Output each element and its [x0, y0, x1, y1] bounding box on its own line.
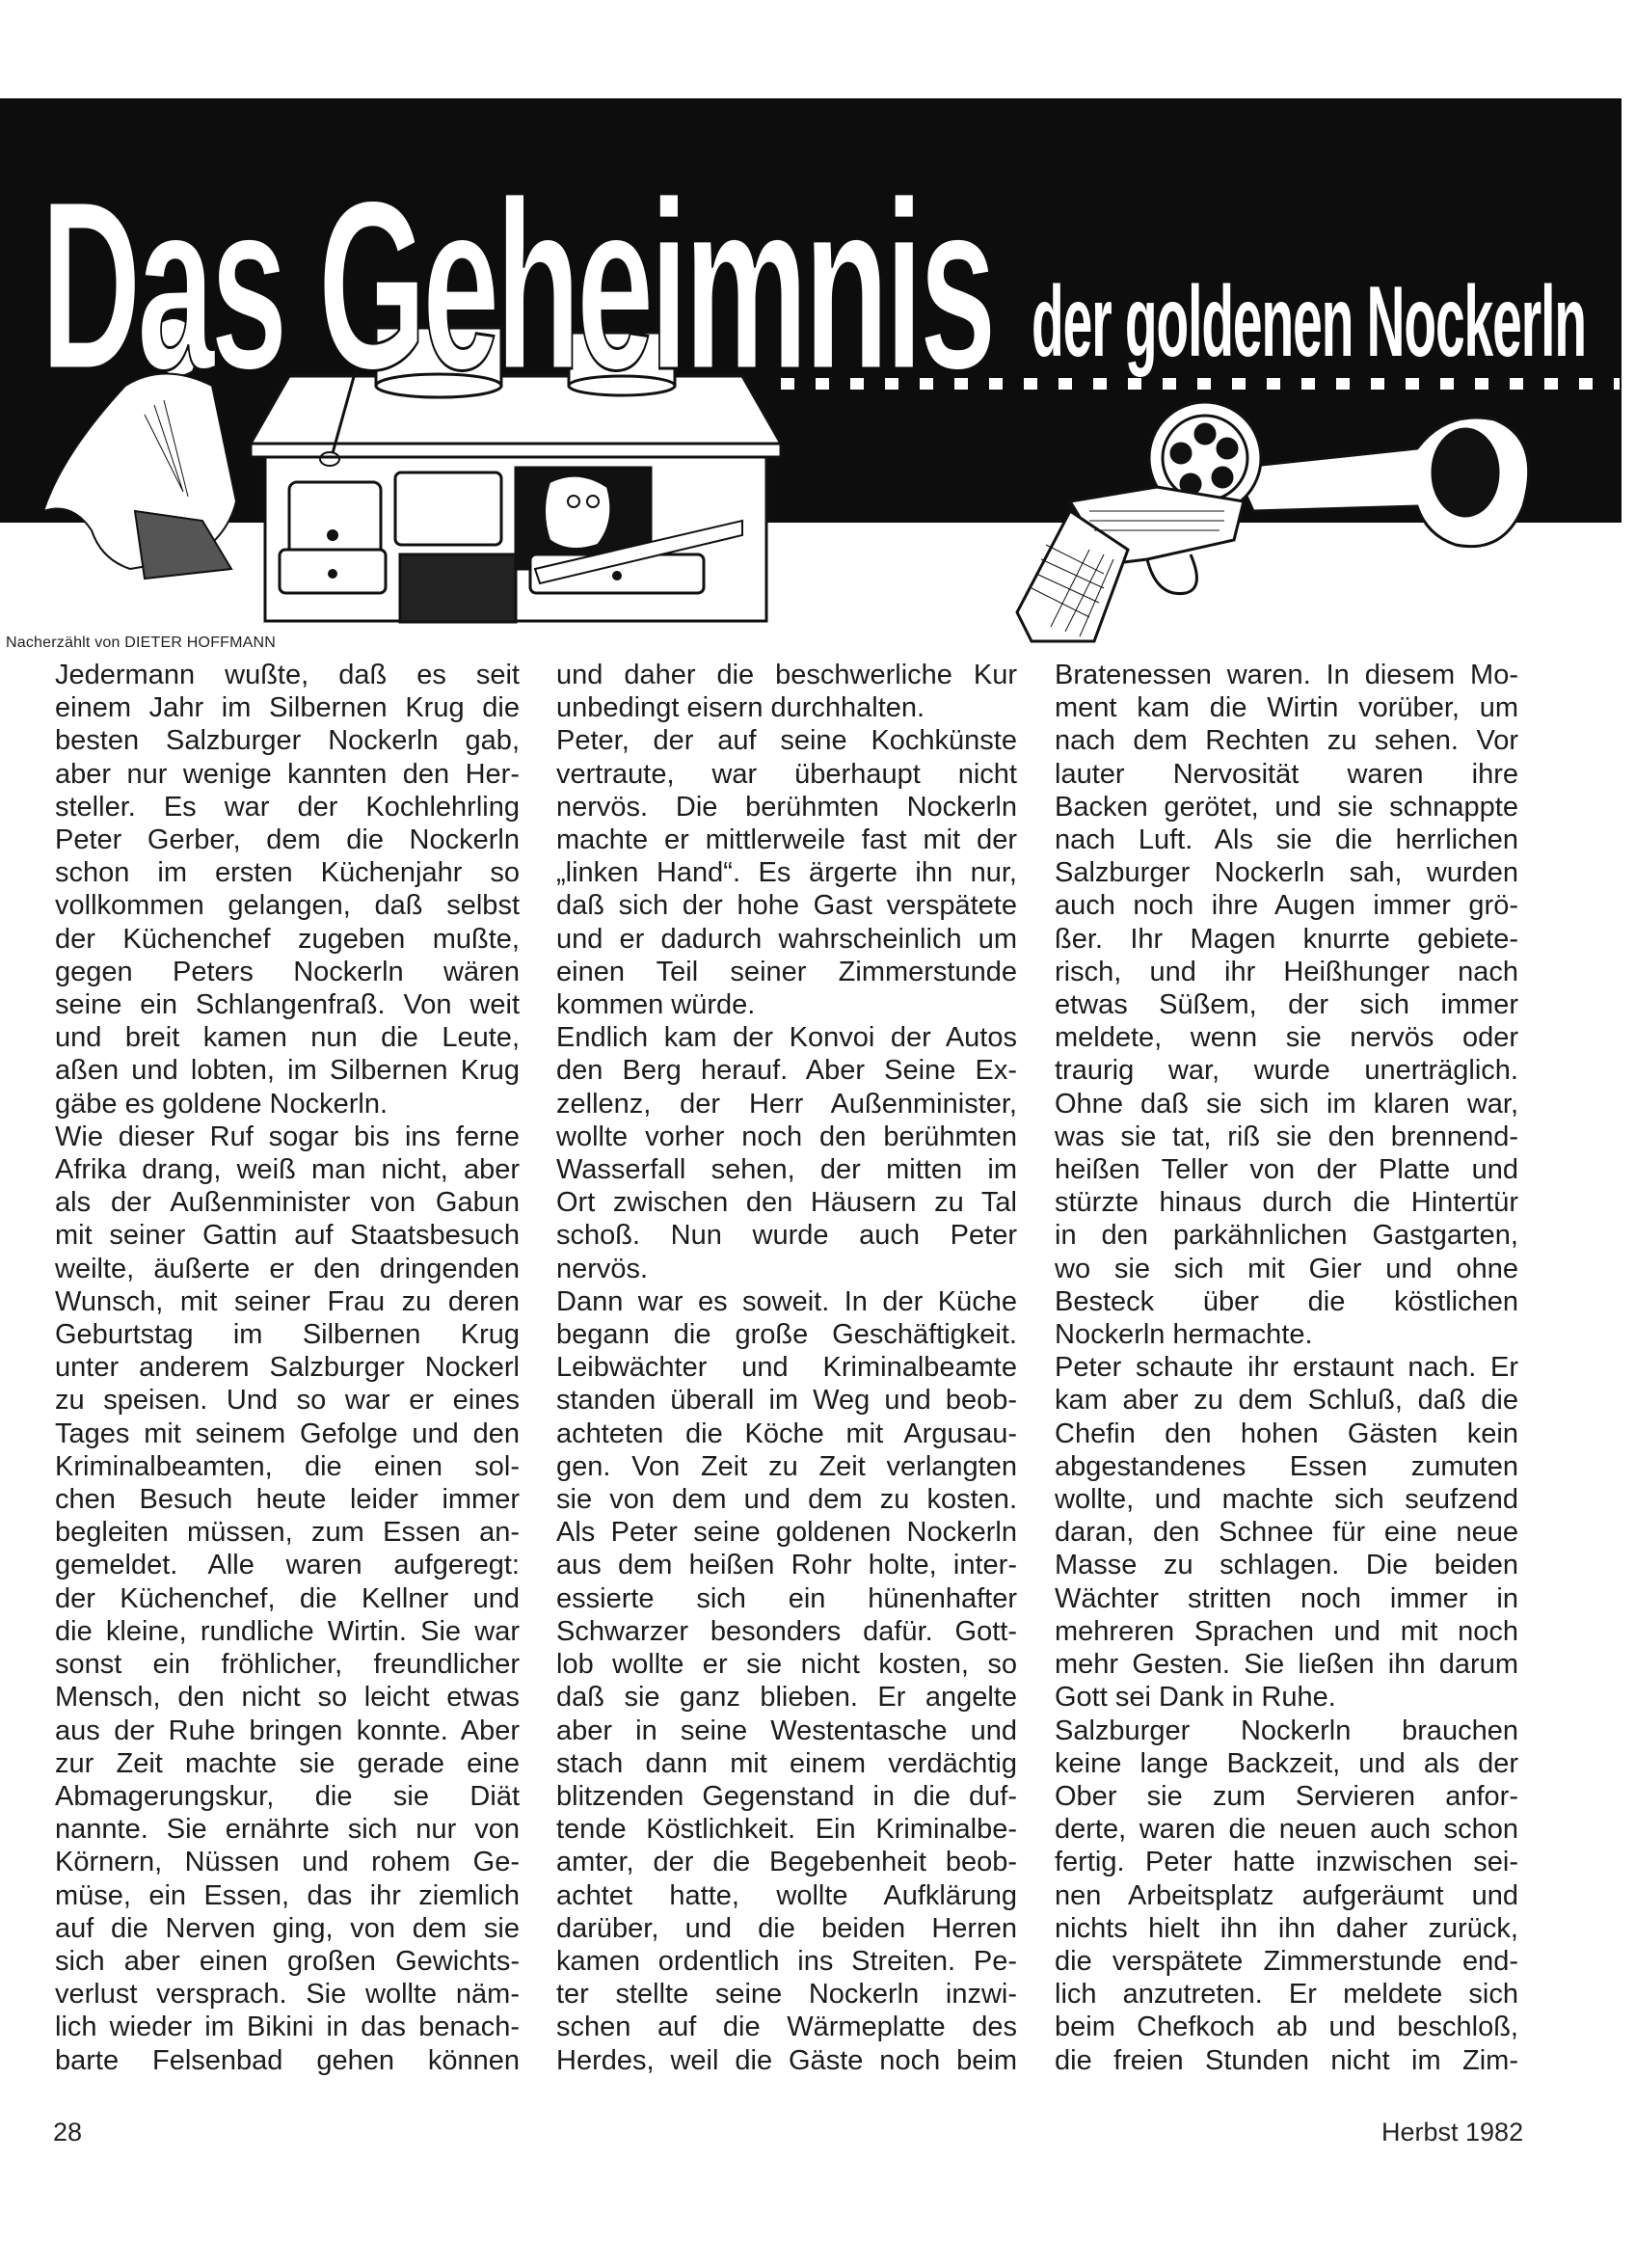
article-column-3: Bratenessen waren. In diesem Mo-ment kam… — [1055, 659, 1518, 2077]
text-line: auf die Nerven ging, von dem sie — [55, 1912, 520, 1945]
text-line: auch noch ihre Augen immer grö- — [1055, 889, 1518, 922]
text-line: standen überall im Weg und beob- — [556, 1384, 1017, 1417]
text-line: stach dann mit einem verdächtig — [556, 1747, 1017, 1780]
text-line: vertraute, war überhaupt nicht — [556, 758, 1017, 791]
text-line: Masse zu schlagen. Die beiden — [1055, 1549, 1518, 1581]
text-line: Backen gerötet, und sie schnappte — [1055, 791, 1518, 823]
text-line: tende Köstlichkeit. Ein Kriminalbe- — [556, 1813, 1017, 1846]
text-line: barte Felsenbad gehen können — [55, 2044, 520, 2077]
article-title: Das Geheimnis — [40, 189, 992, 382]
text-line: schen auf die Wärmeplatte des — [556, 2011, 1017, 2043]
text-line: Gott sei Dank in Ruhe. — [1055, 1681, 1518, 1714]
text-line: ßer. Ihr Magen knurrte gebiete- — [1055, 923, 1518, 956]
text-line: nervös. Die berühmten Nockerln — [556, 791, 1017, 823]
text-line: schoß. Nun wurde auch Peter — [556, 1219, 1017, 1252]
text-line: begann die große Geschäftigkeit. — [556, 1318, 1017, 1351]
text-line: Tages mit seinem Gefolge und den — [55, 1417, 520, 1450]
text-line: lauter Nervosität waren ihre — [1055, 758, 1518, 791]
text-line: seine ein Schlangenfraß. Von weit — [55, 988, 520, 1021]
text-line: beim Chefkoch ab und beschloß, — [1055, 2011, 1518, 2043]
text-line: sie von dem und dem zu kosten. — [556, 1483, 1017, 1516]
text-line: Dann war es soweit. In der Küche — [556, 1285, 1017, 1318]
text-line: nen Arbeitsplatz aufgeräumt und — [1055, 1879, 1518, 1912]
text-line: ment kam die Wirtin vorüber, um — [1055, 691, 1518, 724]
text-line: aus der Ruhe bringen konnte. Aber — [55, 1714, 520, 1747]
text-line: vollkommen gelangen, daß selbst — [55, 889, 520, 922]
text-line: zellenz, der Herr Außenminister, — [556, 1088, 1017, 1120]
text-line: mehreren Sprachen und mit noch — [1055, 1615, 1518, 1648]
text-line: Als Peter seine goldenen Nockerln — [556, 1516, 1017, 1549]
article-column-1: Jedermann wußte, daß es seiteinem Jahr i… — [55, 659, 520, 2077]
text-line: Chefin den hohen Gästen kein — [1055, 1417, 1518, 1450]
text-line: Mensch, den nicht so leicht etwas — [55, 1681, 520, 1714]
text-line: unter anderem Salzburger Nockerl — [55, 1351, 520, 1384]
text-line: wollte vorher noch den berühmten — [556, 1120, 1017, 1153]
text-line: Herdes, weil die Gäste noch beim — [556, 2044, 1017, 2077]
text-line: den Berg herauf. Aber Seine Ex- — [556, 1054, 1017, 1087]
text-line: achtet hatte, wollte Aufklärung — [556, 1879, 1017, 1912]
text-line: der Küchenchef zugeben mußte, — [55, 923, 520, 956]
text-line: nach dem Rechten zu sehen. Vor — [1055, 724, 1518, 757]
text-line: Jedermann wußte, daß es seit — [55, 659, 520, 691]
text-line: mehr Gesten. Sie ließen ihn darum — [1055, 1648, 1518, 1681]
text-line: in den parkähnlichen Gastgarten, — [1055, 1219, 1518, 1252]
issue-date: Herbst 1982 — [1381, 2118, 1523, 2147]
byline-prefix: Nacherzählt von — [6, 634, 121, 651]
text-line: die verspätete Zimmerstunde end- — [1055, 1945, 1518, 1978]
text-line: etwas Süßem, der sich immer — [1055, 988, 1518, 1021]
text-line: Salzburger Nockerln sah, wurden — [1055, 856, 1518, 889]
text-line: darüber, und die beiden Herren — [556, 1912, 1017, 1945]
text-line: Ober sie zum Servieren anfor- — [1055, 1780, 1518, 1813]
page-number: 28 — [53, 2118, 82, 2147]
text-line: zu speisen. Und so war er eines — [55, 1384, 520, 1417]
text-line: gäbe es goldene Nockerln. — [55, 1088, 520, 1120]
text-line: Endlich kam der Konvoi der Autos — [556, 1021, 1017, 1054]
text-line: Nockerln hermachte. — [1055, 1318, 1518, 1351]
text-line: meldete, wenn sie nervös oder — [1055, 1021, 1518, 1054]
text-line: Geburtstag im Silbernen Krug — [55, 1318, 520, 1351]
text-line: nervös. — [556, 1253, 1017, 1285]
text-line: abgestandenes Essen zumuten — [1055, 1450, 1518, 1483]
text-line: kam aber zu dem Schluß, daß die — [1055, 1384, 1518, 1417]
text-line: Peter schaute ihr erstaunt nach. Er — [1055, 1351, 1518, 1384]
text-line: Afrika drang, weiß man nicht, aber — [55, 1153, 520, 1186]
byline: Nacherzählt von DIETER HOFFMANN — [6, 634, 276, 652]
text-line: Peter Gerber, dem die Nockerln — [55, 823, 520, 856]
text-line: nach Luft. Als sie die herrlichen — [1055, 823, 1518, 856]
text-line: Körnern, Nüssen und rohem Ge- — [55, 1846, 520, 1878]
text-line: gemeldet. Alle waren aufgeregt: — [55, 1549, 520, 1581]
text-line: lob wollte er sie nicht kosten, so — [556, 1648, 1017, 1681]
text-line: und breit kamen nun die Leute, — [55, 1021, 520, 1054]
text-line: fertig. Peter hatte inzwischen sei- — [1055, 1846, 1518, 1878]
text-line: nichts hielt ihn ihn daher zurück, — [1055, 1912, 1518, 1945]
text-line: und daher die beschwerliche Kur — [556, 659, 1017, 691]
text-line: stürzte hinaus durch die Hintertür — [1055, 1186, 1518, 1219]
text-line: Wunsch, mit seiner Frau zu deren — [55, 1285, 520, 1318]
text-line: was sie tat, riß sie den brennend- — [1055, 1120, 1518, 1153]
text-line: gen. Von Zeit zu Zeit verlangten — [556, 1450, 1017, 1483]
text-line: Salzburger Nockerln brauchen — [1055, 1714, 1518, 1747]
text-line: machte er mittlerweile fast mit der — [556, 823, 1017, 856]
text-line: sich aber einen großen Gewichts- — [55, 1945, 520, 1978]
text-line: aber in seine Westentasche und — [556, 1714, 1017, 1747]
text-line: wollte, und machte sich seufzend — [1055, 1483, 1518, 1516]
text-line: sonst ein fröhlicher, freundlicher — [55, 1648, 520, 1681]
text-line: Wasserfall sehen, der mitten im — [556, 1153, 1017, 1186]
text-line: Bratenessen waren. In diesem Mo- — [1055, 659, 1518, 691]
text-line: Leibwächter und Kriminalbeamte — [556, 1351, 1017, 1384]
text-line: begleiten müssen, zum Essen an- — [55, 1516, 520, 1549]
text-line: besten Salzburger Nockerln gab, — [55, 724, 520, 757]
text-line: amter, der die Begebenheit beob- — [556, 1846, 1017, 1878]
text-line: aber nur wenige kannten den Her- — [55, 758, 520, 791]
text-line: derte, waren die neuen auch schon — [1055, 1813, 1518, 1846]
text-line: nannte. Sie ernährte sich nur von — [55, 1813, 520, 1846]
text-line: Abmagerungskur, die sie Diät — [55, 1780, 520, 1813]
text-line: einen Teil seiner Zimmerstunde — [556, 956, 1017, 988]
text-line: mit seiner Gattin auf Staatsbesuch — [55, 1219, 520, 1252]
text-line: als der Außenminister von Gabun — [55, 1186, 520, 1219]
text-line: ter stellte seine Nockerln inzwi- — [556, 1978, 1017, 2011]
text-line: kommen würde. — [556, 988, 1017, 1021]
text-line: chen Besuch heute leider immer — [55, 1483, 520, 1516]
text-line: Wächter stritten noch immer in — [1055, 1582, 1518, 1615]
text-line: Ort zwischen den Häusern zu Tal — [556, 1186, 1017, 1219]
text-line: verlust versprach. Sie wollte näm- — [55, 1978, 520, 2011]
article-column-2: und daher die beschwerliche Kurunbedingt… — [556, 659, 1017, 2077]
text-line: keine lange Backzeit, und als der — [1055, 1747, 1518, 1780]
text-line: Wie dieser Ruf sogar bis ins ferne — [55, 1120, 520, 1153]
dotted-rule — [781, 378, 1620, 390]
text-line: lich wieder im Bikini in das benach- — [55, 2011, 520, 2043]
text-line: daß sie ganz blieben. Er angelte — [556, 1681, 1017, 1714]
text-line: aßen und lobten, im Silbernen Krug — [55, 1054, 520, 1087]
text-line: müse, ein Essen, das ihr ziemlich — [55, 1879, 520, 1912]
text-line: Ohne daß sie sich im klaren war, — [1055, 1088, 1518, 1120]
revolver-whisk-illustration — [1003, 395, 1562, 646]
text-line: gegen Peters Nockerln wären — [55, 956, 520, 988]
text-line: Schwarzer besonders dafür. Gott- — [556, 1615, 1017, 1648]
text-line: wo sie sich mit Gier und ohne — [1055, 1253, 1518, 1285]
text-line: lich anzutreten. Er meldete sich — [1055, 1978, 1518, 2011]
text-line: weilte, äußerte er den dringenden — [55, 1253, 520, 1285]
text-line: Kriminalbeamten, die einen sol- — [55, 1450, 520, 1483]
text-line: einem Jahr im Silbernen Krug die — [55, 691, 520, 724]
text-line: zur Zeit machte sie gerade eine — [55, 1747, 520, 1780]
text-line: die freien Stunden nicht im Zim- — [1055, 2044, 1518, 2077]
text-line: blitzenden Gegenstand in die duf- — [556, 1780, 1017, 1813]
text-line: Peter, der auf seine Kochkünste — [556, 724, 1017, 757]
text-line: steller. Es war der Kochlehrling — [55, 791, 520, 823]
text-line: traurig war, wurde unerträglich. — [1055, 1054, 1518, 1087]
text-line: unbedingt eisern durchhalten. — [556, 691, 1017, 724]
text-line: daran, den Schnee für eine neue — [1055, 1516, 1518, 1549]
text-line: die kleine, rundliche Wirtin. Sie war — [55, 1615, 520, 1648]
text-line: kamen ordentlich ins Streiten. Pe- — [556, 1945, 1017, 1978]
text-line: daß sich der hohe Gast verspätete — [556, 889, 1017, 922]
text-line: heißen Teller von der Platte und — [1055, 1153, 1518, 1186]
article-subtitle: der goldenen Nockerln — [1032, 278, 1586, 366]
text-line: schon im ersten Küchenjahr so — [55, 856, 520, 889]
text-line: Besteck über die köstlichen — [1055, 1285, 1518, 1318]
text-line: risch, und ihr Heißhunger nach — [1055, 956, 1518, 988]
text-line: und er dadurch wahrscheinlich um — [556, 923, 1017, 956]
text-line: aus dem heißen Rohr holte, inter- — [556, 1549, 1017, 1581]
text-line: essierte sich ein hünenhafter — [556, 1582, 1017, 1615]
text-line: achteten die Köche mit Argusau- — [556, 1417, 1017, 1450]
text-line: der Küchenchef, die Kellner und — [55, 1582, 520, 1615]
byline-author: DIETER HOFFMANN — [124, 634, 276, 651]
text-line: „linken Hand“. Es ärgerte ihn nur, — [556, 856, 1017, 889]
